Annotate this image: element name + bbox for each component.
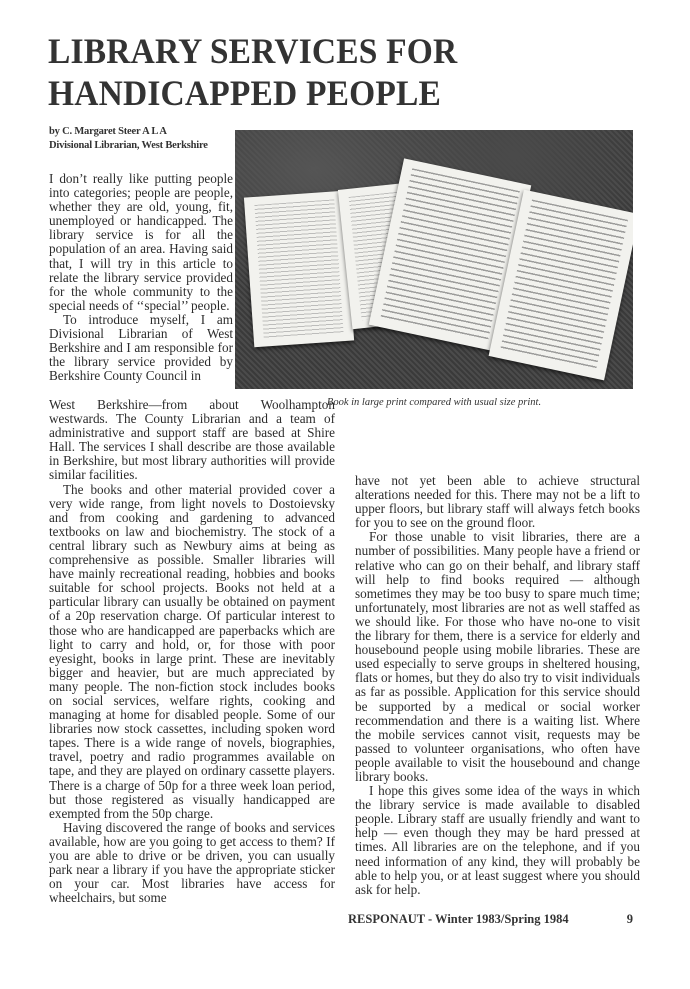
paragraph: I don’t really like putting people into … xyxy=(49,172,233,313)
book-comparison-photo xyxy=(235,130,633,389)
byline: by C. Margaret Steer A L A Divisional Li… xyxy=(49,125,208,153)
article-title: LIBRARY SERVICES FOR HANDICAPPED PEOPLE xyxy=(48,30,457,114)
paragraph: have not yet been able to achieve struct… xyxy=(355,474,640,530)
paragraph: I hope this gives some idea of the ways … xyxy=(355,784,640,897)
magazine-page: LIBRARY SERVICES FOR HANDICAPPED PEOPLE … xyxy=(0,0,690,989)
paragraph: West Berkshire—from about Woolhampton we… xyxy=(49,398,335,483)
left-column-bottom: West Berkshire—from about Woolhampton we… xyxy=(49,398,335,905)
author-role: Divisional Librarian, West Berkshire xyxy=(49,139,208,153)
paragraph: For those unable to visit libraries, the… xyxy=(355,530,640,784)
paragraph: The books and other material provided co… xyxy=(49,483,335,821)
publication-name: RESPONAUT - Winter 1983/Spring 1984 xyxy=(348,912,569,927)
title-line-2: HANDICAPPED PEOPLE xyxy=(48,73,441,113)
title-line-1: LIBRARY SERVICES FOR xyxy=(48,31,457,71)
paragraph: Having discovered the range of books and… xyxy=(49,821,335,906)
page-footer: RESPONAUT - Winter 1983/Spring 1984 9 xyxy=(348,912,633,927)
page-number: 9 xyxy=(627,912,633,927)
paragraph: To introduce myself, I am Divisional Lib… xyxy=(49,313,233,383)
small-print-book-left-page xyxy=(244,191,354,348)
left-column-top: I don’t really like putting people into … xyxy=(49,172,233,383)
author-name: by C. Margaret Steer A L A xyxy=(49,125,208,139)
right-column: have not yet been able to achieve struct… xyxy=(355,474,640,897)
